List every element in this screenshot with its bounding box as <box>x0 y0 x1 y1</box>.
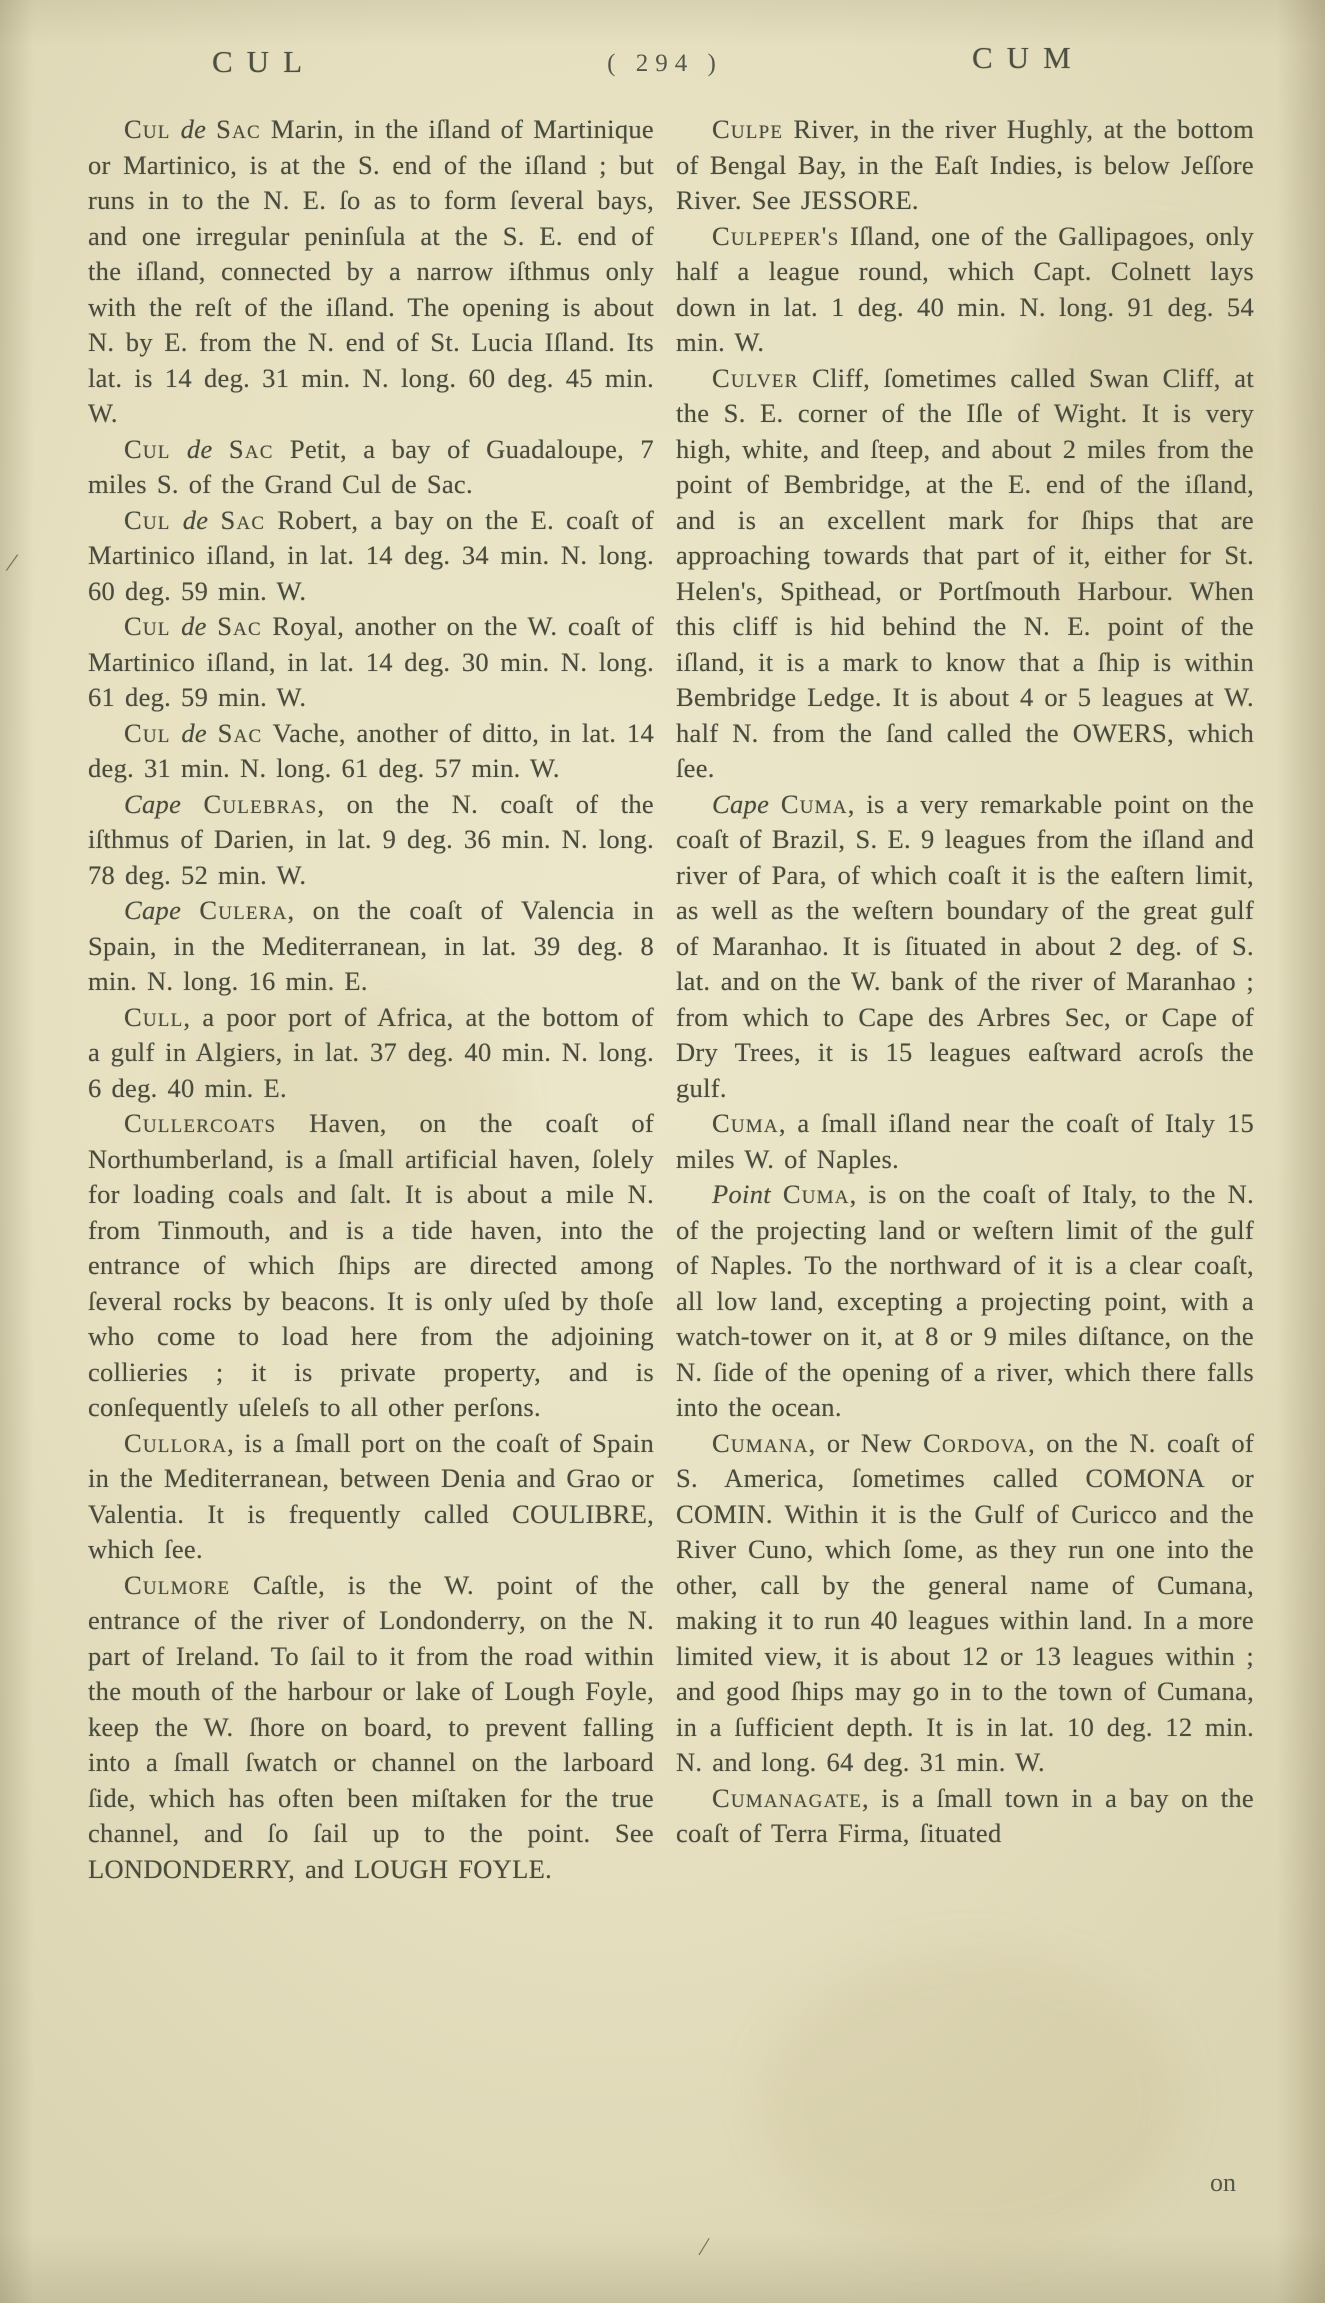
entry-connector: de <box>171 434 229 464</box>
entry-headword: Cul <box>124 611 171 641</box>
entry-headword: Sac <box>216 114 261 144</box>
entry-prefix: Cape <box>124 789 203 819</box>
entry-headword: Culpeper's <box>712 221 839 251</box>
entry-cape-culebras: Cape Culebras, on the N. coaſt of the iſ… <box>88 787 654 894</box>
left-column: Cul de Sac Marin, in the iſland of Marti… <box>88 112 654 1887</box>
running-head-left: CUL <box>212 44 316 80</box>
entry-text: Cliff, ſometimes called Swan Cliff, at t… <box>676 363 1254 784</box>
entry-cullora: Cullora, is a ſmall port on the coaſt of… <box>88 1426 654 1568</box>
page-number: ( 294 ) <box>560 50 770 78</box>
entry-cumana: Cumana, or New Cordova, on the N. coaſt … <box>676 1426 1254 1781</box>
entry-cull: Cull, a poor port of Africa, at the bott… <box>88 1000 654 1107</box>
entry-cuma-island: Cuma, a ſmall iſland near the coaſt of I… <box>676 1106 1254 1177</box>
stray-mark-left-margin: / <box>6 548 17 579</box>
catchword: on <box>1210 2168 1236 2198</box>
entry-headword: Culebras <box>203 789 317 819</box>
right-column: Culpe River, in the river Hughly, at the… <box>676 112 1254 1852</box>
entry-headword: Culmore <box>124 1570 230 1600</box>
entry-headword: Culera <box>199 895 287 925</box>
entry-headword: Cuma <box>783 1179 850 1209</box>
entry-headword: Cumanagate <box>712 1783 862 1813</box>
entry-culver-cliff: Culver Cliff, ſometimes called Swan Clif… <box>676 361 1254 787</box>
entry-text: , is a very remarkable point on the coaſ… <box>676 789 1254 1103</box>
entry-text: , on the N. coaſt of S. America, ſometim… <box>676 1428 1254 1778</box>
entry-cul-de-sac-royal: Cul de Sac Royal, another on the W. coaſ… <box>88 609 654 716</box>
running-head-right: CUM <box>972 40 1085 76</box>
entry-cul-de-sac-petit: Cul de Sac Petit, a bay of Guadaloupe, 7… <box>88 432 654 503</box>
entry-headword: Culpe <box>712 114 783 144</box>
stray-mark-bottom: / <box>699 2232 708 2262</box>
entry-connector: de <box>171 611 218 641</box>
entry-culpepers-island: Culpeper's Iſland, one of the Gallipagoe… <box>676 219 1254 361</box>
entry-point-cuma: Point Cuma, is on the coaſt of Italy, to… <box>676 1177 1254 1426</box>
entry-text: Marin, in the iſland of Martinique or Ma… <box>88 114 654 428</box>
entry-headword: Sac <box>218 718 263 748</box>
entry-headword: Culver <box>712 363 798 393</box>
entry-prefix: Cape <box>124 895 199 925</box>
entry-headword: Cullora <box>124 1428 227 1458</box>
entry-headword: Cul <box>124 505 171 535</box>
entry-headword: Cull <box>124 1002 183 1032</box>
scanned-page: CUL ( 294 ) CUM Cul de Sac Marin, in the… <box>0 0 1325 2303</box>
entry-culmore: Culmore Caſtle, is the W. point of the e… <box>88 1568 654 1888</box>
entry-headword: Cullercoats <box>124 1108 276 1138</box>
entry-headword: Cul <box>124 718 171 748</box>
entry-headword: Cuma <box>781 789 848 819</box>
entry-cape-cuma: Cape Cuma, is a very remarkable point on… <box>676 787 1254 1107</box>
entry-connector: , or New <box>809 1428 924 1458</box>
entry-cullercoats: Cullercoats Haven, on the coaſt of North… <box>88 1106 654 1426</box>
paper-stain <box>760 1950 1180 2250</box>
entry-prefix: Point <box>712 1179 783 1209</box>
entry-culpe: Culpe River, in the river Hughly, at the… <box>676 112 1254 219</box>
entry-connector: de <box>171 114 217 144</box>
entry-cul-de-sac-marin: Cul de Sac Marin, in the iſland of Marti… <box>88 112 654 432</box>
entry-cumanagate: Cumanagate, is a ſmall town in a bay on … <box>676 1781 1254 1852</box>
entry-headword: Sac <box>229 434 274 464</box>
entry-headword: Cuma <box>712 1108 779 1138</box>
entry-connector: de <box>171 505 221 535</box>
entry-headword: Cordova <box>923 1428 1028 1458</box>
entry-headword: Cumana <box>712 1428 809 1458</box>
entry-headword: Cul <box>124 434 171 464</box>
entry-connector: de <box>171 718 218 748</box>
entry-cul-de-sac-vache: Cul de Sac Vache, another of ditto, in l… <box>88 716 654 787</box>
entry-headword: Sac <box>217 611 262 641</box>
entry-prefix: Cape <box>712 789 781 819</box>
entry-headword: Cul <box>124 114 171 144</box>
entry-text: Caſtle, is the W. point of the entrance … <box>88 1570 654 1884</box>
entry-cul-de-sac-robert: Cul de Sac Robert, a bay on the E. coaſt… <box>88 503 654 610</box>
entry-text: , is on the coaſt of Italy, to the N. of… <box>676 1179 1254 1422</box>
entry-cape-culera: Cape Culera, on the coaſt of Valencia in… <box>88 893 654 1000</box>
entry-headword: Sac <box>221 505 266 535</box>
entry-text: Haven, on the coaſt of Northumberland, i… <box>88 1108 654 1422</box>
